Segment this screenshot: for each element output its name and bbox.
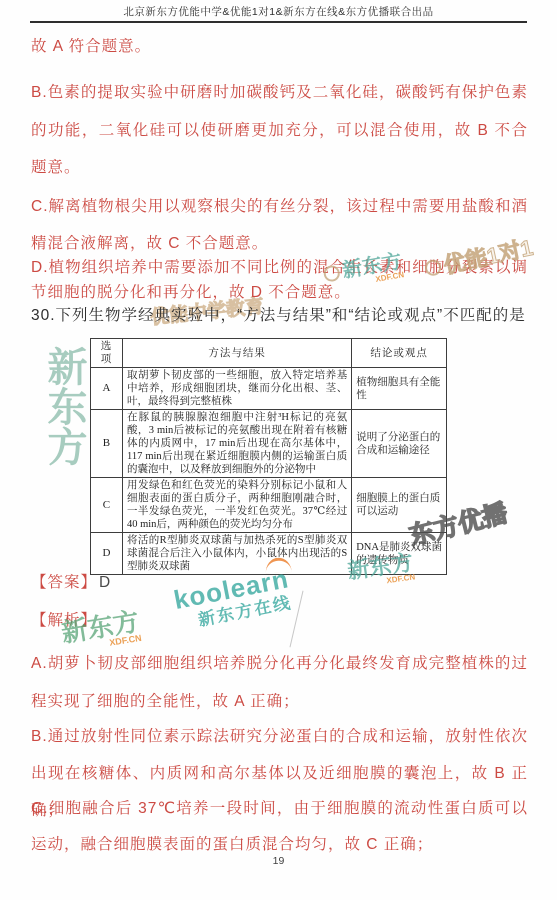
analysis-option-a: A.胡萝卜韧皮部细胞组织培养脱分化再分化最终发育成完整植株的过程实现了细胞的全能… [31, 645, 528, 721]
option-letter: C [91, 478, 123, 533]
explanation-option-c-q29: C.解离植物根尖用以观察根尖的有丝分裂，该过程中需要用盐酸和酒精混合液解离，故 … [31, 188, 528, 262]
question-30-stem: 30.下列生物学经典实验中，“方法与结果”和“结论或观点”不匹配的是 [31, 303, 528, 328]
conclusion-text: 植物细胞具有全能性 [352, 368, 447, 410]
table-header-row: 选项 方法与结果 结论或观点 [91, 339, 447, 368]
conclusion-text: DNA是肺炎双球菌的遗传物质 [352, 533, 447, 575]
method-text: 取胡萝卜韧皮部的一些细胞，放入特定培养基中培养，形成细胞团块，继而分化出根、茎、… [122, 368, 351, 410]
analysis-label: 【解析】 [31, 610, 528, 632]
table-row: A 取胡萝卜韧皮部的一些细胞，放入特定培养基中培养，形成细胞团块，继而分化出根、… [91, 368, 447, 410]
document-page: 北京新东方优能中学&优能1对1&新东方在线&东方优播联合出品 故 A 符合题意。… [0, 0, 557, 900]
explanation-option-b-q29: B.色素的提取实验中研磨时加碳酸钙及二氧化硅，碳酸钙有保护色素的功能，二氧化硅可… [31, 74, 528, 187]
watermark-xdf-left-of-table: 新东方 [44, 346, 84, 466]
page-number: 19 [0, 855, 557, 867]
answer-line: 【答案】D [31, 572, 528, 594]
method-text: 在豚鼠的胰腺腺泡细胞中注射³H标记的亮氨酸，3 min后被标记的亮氨酸出现在附着… [122, 410, 351, 478]
answer-value: D [97, 574, 111, 591]
explanation-option-d-q29: D.植物组织培养中需要添加不同比例的混合生长素和细胞分裂素以调节细胞的脱分化和再… [31, 256, 528, 305]
table-row: C 用发绿色和红色荧光的染料分别标记小鼠和人细胞表面的蛋白质分子，两种细胞刚融合… [91, 478, 447, 533]
page-header-title: 北京新东方优能中学&优能1对1&新东方在线&东方优播联合出品 [0, 4, 557, 19]
option-letter: B [91, 410, 123, 478]
question-30-table: 选项 方法与结果 结论或观点 A 取胡萝卜韧皮部的一些细胞，放入特定培养基中培养… [90, 338, 447, 575]
table-header-method: 方法与结果 [122, 339, 351, 368]
table-header-conclusion: 结论或观点 [352, 339, 447, 368]
table-header-option: 选项 [91, 339, 123, 368]
table-row: D 将活的R型肺炎双球菌与加热杀死的S型肺炎双球菌混合后注入小鼠体内，小鼠体内出… [91, 533, 447, 575]
option-letter: A [91, 368, 123, 410]
conclusion-text: 说明了分泌蛋白的合成和运输途径 [352, 410, 447, 478]
header-divider [30, 21, 527, 23]
table-row: B 在豚鼠的胰腺腺泡细胞中注射³H标记的亮氨酸，3 min后被标记的亮氨酸出现在… [91, 410, 447, 478]
analysis-option-c: C.细胞融合后 37℃培养一段时间，由于细胞膜的流动性蛋白质可以运动，融合细胞膜… [31, 791, 528, 863]
method-text: 将活的R型肺炎双球菌与加热杀死的S型肺炎双球菌混合后注入小鼠体内，小鼠体内出现活… [122, 533, 351, 575]
option-letter: D [91, 533, 123, 575]
answer-label: 【答案】 [31, 574, 97, 591]
conclusion-text: 细胞膜上的蛋白质可以运动 [352, 478, 447, 533]
explanation-option-a-q29: 故 A 符合题意。 [31, 36, 528, 58]
method-text: 用发绿色和红色荧光的染料分别标记小鼠和人细胞表面的蛋白质分子，两种细胞刚融合时，… [122, 478, 351, 533]
